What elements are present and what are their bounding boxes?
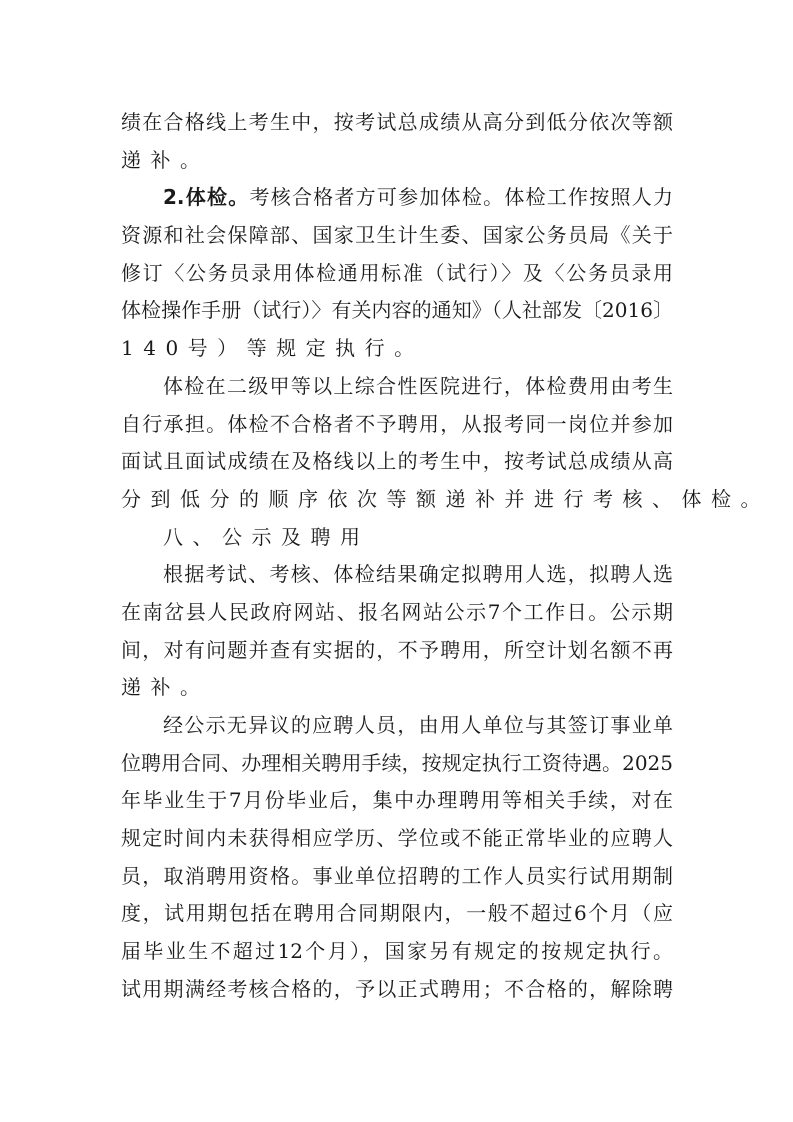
text-line: 间，对有问题并查有实据的，不予聘用，所空计划名额不再 xyxy=(121,632,673,670)
text-line: 届毕业生不超过12个月），国家另有规定的按规定执行。 xyxy=(121,933,673,971)
paragraph-start: 体检在二级甲等以上综合性医院进行，体检费用由考生 xyxy=(121,368,673,406)
text-line: 面试且面试成绩在及格线以上的考生中，按考试总成绩从高 xyxy=(121,443,673,481)
text-line: 递补。 xyxy=(121,669,673,707)
text-line: 位聘用合同、办理相关聘用手续，按规定执行工资待遇。2025 xyxy=(121,745,673,783)
paragraph-start: 经公示无异议的应聘人员，由用人单位与其签订事业单 xyxy=(121,707,673,745)
text-line: 分到低分的顺序依次等额递补并进行考核、体检。 xyxy=(121,481,673,519)
text-line: 修订〈公务员录用体检通用标准（试行）〉及〈公务员录用 xyxy=(121,255,673,293)
text-line: 规定时间内未获得相应学历、学位或不能正常毕业的应聘人 xyxy=(121,820,673,858)
section-heading-8: 八、公示及聘用 xyxy=(121,519,673,557)
document-page: 绩在合格线上考生中，按考试总成绩从高分到低分依次等额 递补。 2.体检。考核合格… xyxy=(121,104,681,1009)
text-line: 绩在合格线上考生中，按考试总成绩从高分到低分依次等额 xyxy=(121,104,673,142)
text-line: 度，试用期包括在聘用合同期限内，一般不超过6个月（应 xyxy=(121,895,673,933)
text-line: 140号）等规定执行。 xyxy=(121,330,673,368)
text-line: 在南岔县人民政府网站、报名网站公示7个工作日。公示期 xyxy=(121,594,673,632)
text-line: 资源和社会保障部、国家卫生计生委、国家公务员局《关于 xyxy=(121,217,673,255)
text-line: 递补。 xyxy=(121,142,673,180)
text-line: 员，取消聘用资格。事业单位招聘的工作人员实行试用期制 xyxy=(121,858,673,896)
text-line: 自行承担。体检不合格者不予聘用，从报考同一岗位并参加 xyxy=(121,406,673,444)
section-2-physical-exam: 2.体检。考核合格者方可参加体检。体检工作按照人力 xyxy=(121,179,673,217)
section-label: 2.体检。 xyxy=(163,185,249,209)
paragraph-start: 根据考试、考核、体检结果确定拟聘用人选，拟聘人选 xyxy=(121,556,673,594)
text-span: 考核合格者方可参加体检。体检工作按照人力 xyxy=(249,185,673,209)
text-line: 试用期满经考核合格的，予以正式聘用；不合格的，解除聘 xyxy=(121,971,673,1009)
text-line: 年毕业生于7月份毕业后，集中办理聘用等相关手续，对在 xyxy=(121,782,673,820)
text-line: 体检操作手册（试行）〉有关内容的通知》（人社部发〔2016〕 xyxy=(121,292,673,330)
